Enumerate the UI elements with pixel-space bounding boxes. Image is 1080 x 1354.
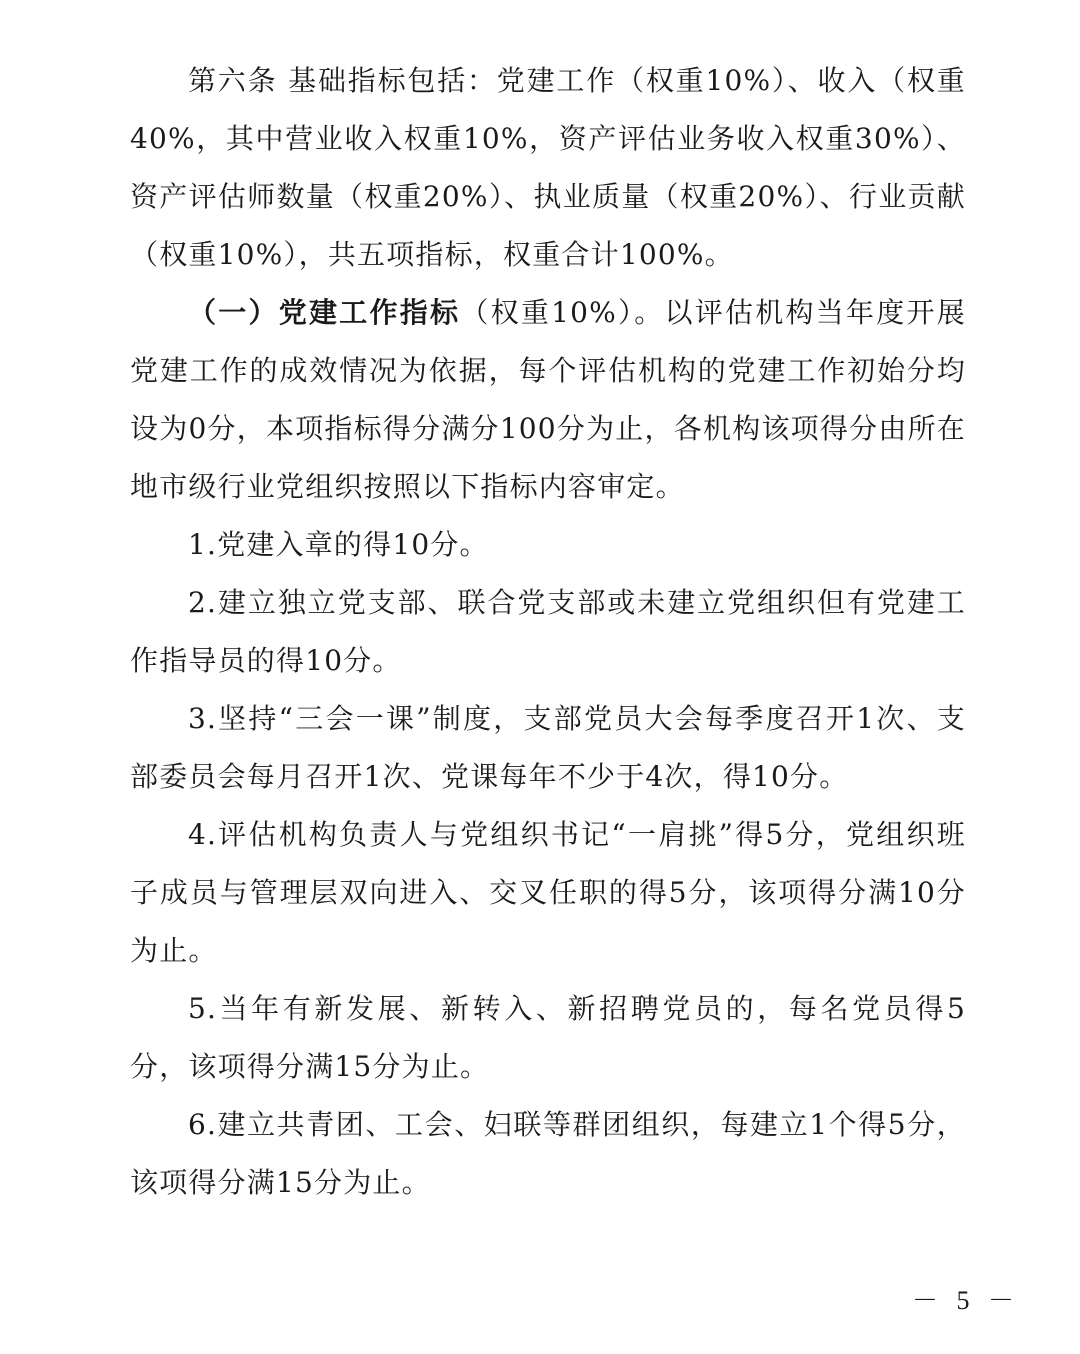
section-1-paragraph: （一）党建工作指标（权重10%）。以评估机构当年度开展党建工作的成效情况为依据，… — [130, 284, 966, 516]
list-item-3: 3.坚持“三会一课”制度，支部党员大会每季度召开1次、支部委员会每月召开1次、党… — [130, 690, 966, 806]
page-number: － 5 － — [912, 1280, 1020, 1317]
list-item-1: 1.党建入章的得10分。 — [130, 516, 966, 574]
list-item-5: 5.当年有新发展、新转入、新招聘党员的，每名党员得5分，该项得分满15分为止。 — [130, 980, 966, 1096]
list-item-2: 2.建立独立党支部、联合党支部或未建立党组织但有党建工作指导员的得10分。 — [130, 574, 966, 690]
list-item-6: 6.建立共青团、工会、妇联等群团组织，每建立1个得5分，该项得分满15分为止。 — [130, 1096, 966, 1212]
list-item-4: 4.评估机构负责人与党组织书记“一肩挑”得5分，党组织班子成员与管理层双向进入、… — [130, 806, 966, 980]
document-page: 第六条 基础指标包括：党建工作（权重10%）、收入（权重40%，其中营业收入权重… — [130, 52, 966, 1212]
section-1-heading: （一）党建工作指标 — [188, 296, 460, 329]
article-6-paragraph: 第六条 基础指标包括：党建工作（权重10%）、收入（权重40%，其中营业收入权重… — [130, 52, 966, 284]
